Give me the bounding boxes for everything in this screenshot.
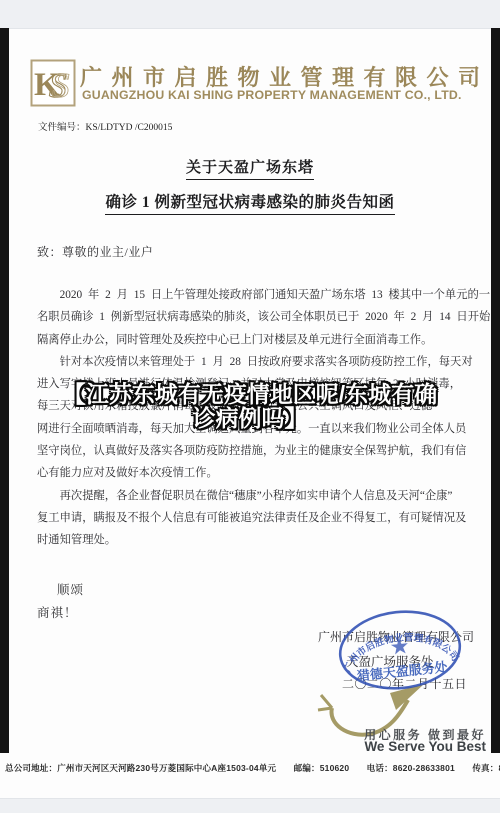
overlay-headline-line2: 诊病例吗】 [0,407,500,431]
body-text-line: 名职员确诊 1 例新型冠状病毒感染的肺炎，该公司全体职员已于 2020 年 2 … [37,306,463,328]
top-background-strip [0,0,500,29]
footer-contact-info: 总公司地址：广州市天河区天河路230号万菱国际中心A座1503-04单元 邮编：… [5,762,500,774]
closing-phrase-top: 顺颂 [57,580,84,598]
body-text-line: 2020 年 2 月 15 日上午管理处接政府部门通知天盈广场东塔 13 楼其中… [37,284,463,306]
company-name-english: GUANGZHOU KAI SHING PROPERTY MANAGEMENT … [82,88,482,102]
notice-title-line1: 关于天盈广场东塔 [186,156,314,180]
company-seal-stamp: 广州市启胜物业管理有限公司 猎德天盈服务处 [334,606,466,694]
closing-phrase-bottom: 商祺！ [37,603,78,621]
body-text-line: 针对本次疫情以来管理处于 1 月 28 日按政府要求落实各项防疫防控工作，每天对 [37,351,463,373]
bottom-background-strip [0,798,500,813]
body-text-line: 坚守岗位，认真做好及落实各项防疫防控措施，为业主的健康安全保驾护航，我们有信 [37,440,463,462]
overlay-headline: 【江苏东城有无疫情地区呢/东城有确 诊病例吗】 [0,383,500,430]
kai-shing-logo-icon: K S S [30,59,76,107]
notice-title-line2: 确诊 1 例新型冠状病毒感染的肺炎告知函 [105,190,394,215]
notice-title: 关于天盈广场东塔 确诊 1 例新型冠状病毒感染的肺炎告知函 [0,156,500,215]
document-number: 文件编号：KS/LDTYD /C200015 [38,119,172,133]
body-text-line: 复工申请，瞒报及不报个人信息有可能被追究法律责任及企业不得复工，有可疑情况及 [37,507,463,529]
scanned-notice-document: K S S 广州市启胜物业管理有限公司 GUANGZHOU KAI SHING … [0,0,500,813]
body-text-line: 心有能力应对及做好本次疫情工作。 [37,462,463,484]
body-text-line: 隔离停止办公，同时管理处及疾控中心已上门对楼层及单元进行全面消毒工作。 [37,329,463,351]
paragraph-1: 2020 年 2 月 15 日上午管理处接政府部门通知天盈广场东塔 13 楼其中… [37,284,463,351]
body-text-line: 再次提醒，各企业督促职员在微信“穗康”小程序如实申请个人信息及天河“企康” [37,485,463,507]
slogan-english: We Serve You Best [364,739,486,754]
overlay-headline-line1: 【江苏东城有无疫情地区呢/东城有确 [0,383,500,407]
salutation: 致：尊敬的业主/业户 [37,243,153,260]
body-text-line: 时通知管理处。 [37,529,463,551]
svg-text:S: S [52,66,70,105]
paragraph-3: 再次提醒，各企业督促职员在微信“穗康”小程序如实申请个人信息及天河“企康”复工申… [37,485,463,552]
